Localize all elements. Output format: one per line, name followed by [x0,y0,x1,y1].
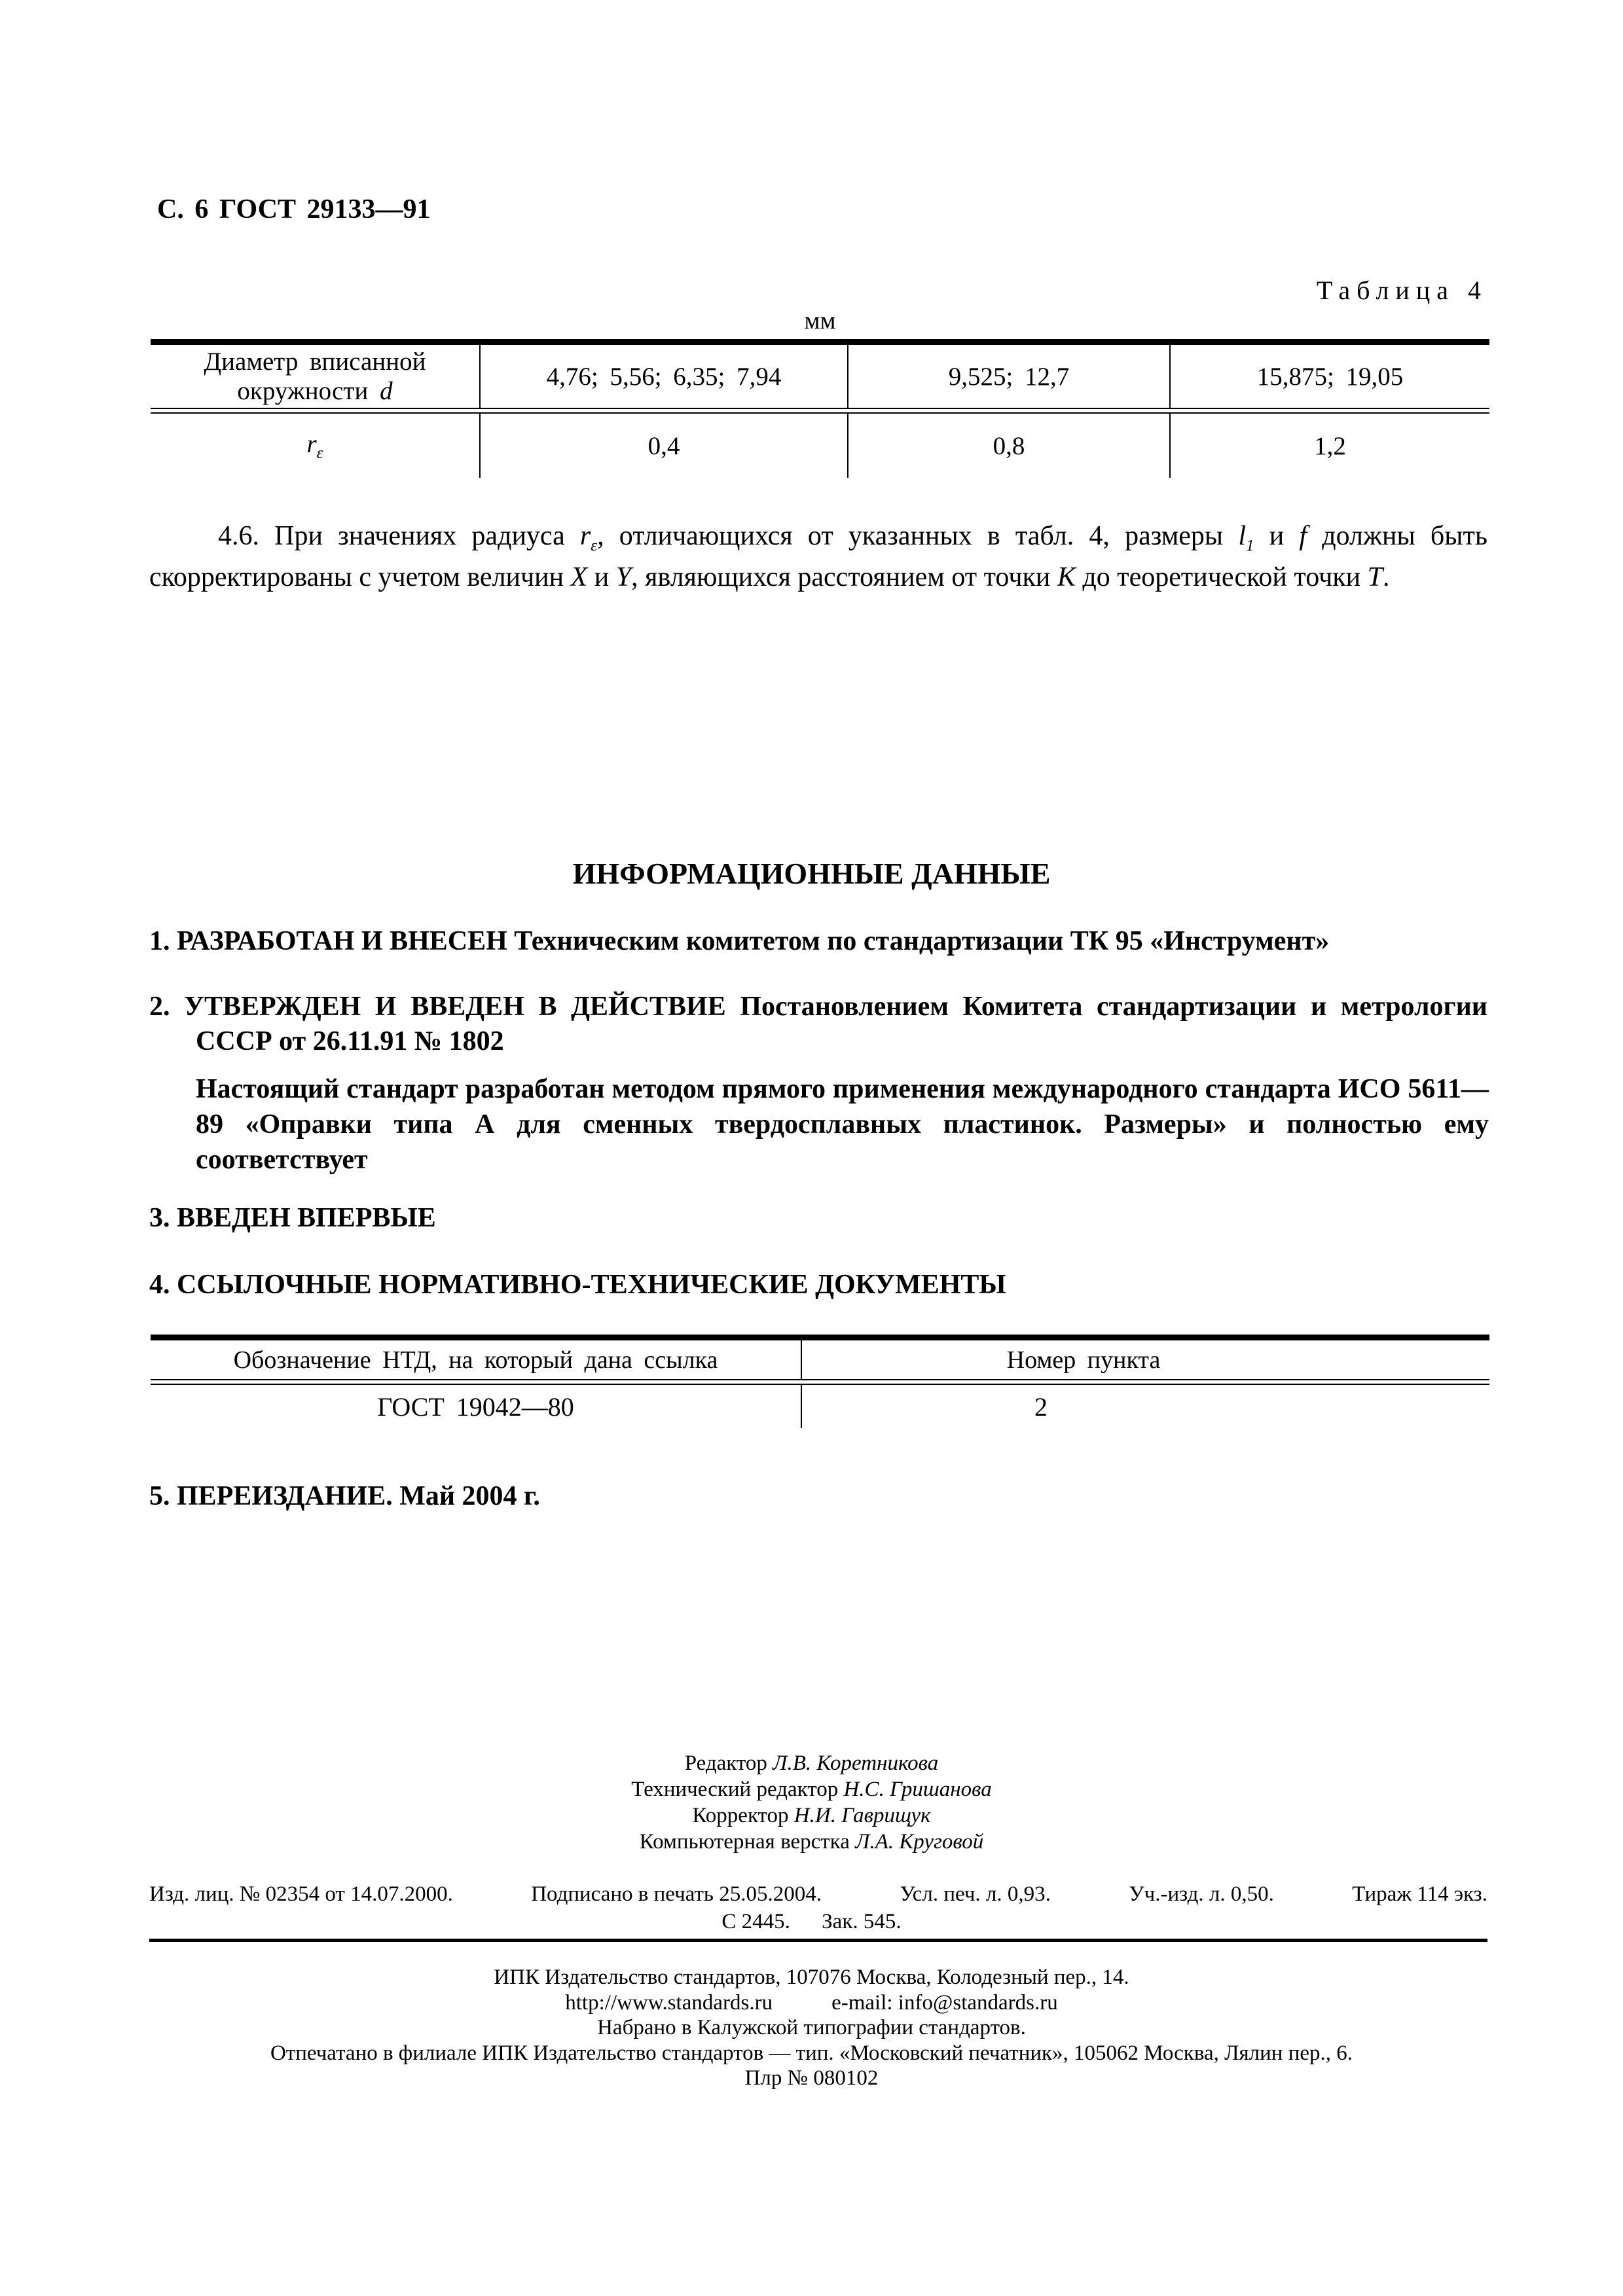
publisher-email: e-mail: info@standards.ru [831,1991,1058,2015]
table4-re-value-1: 0,4 [481,414,848,478]
table4-caption: Таблица 4 [151,275,1487,306]
credits-block: Редактор Л.В. Коретникова Технический ре… [0,1750,1623,1855]
credit-name: Л.В. Коретникова [773,1751,938,1775]
para46-text: 4.6. При значениях радиуса [218,521,580,551]
publisher-address: ИПК Издательство стандартов, 107076 Моск… [0,1965,1623,1990]
para46-text: и [1254,521,1300,551]
credit-role: Корректор [692,1804,788,1827]
symbol-t: T [1368,562,1383,592]
imprint-line-1: Изд. лиц. № 02354 от 14.07.2000. Подписа… [149,1882,1487,1907]
symbol-k: K [1057,562,1076,592]
info-item-2: 2. УТВЕРЖДЕН И ВВЕДЕН В ДЕЙСТВИЕ Постано… [149,990,1487,1059]
imprint-signed-date: Подписано в печать 25.05.2004. [531,1882,822,1907]
table4-header-diameter-line1: Диаметр вписанной [204,347,426,376]
para46-text: . [1383,562,1390,592]
typography-line: Набрано в Калужской типографии стандарто… [0,2015,1623,2041]
table4-diameters-group1: 4,76; 5,56; 6,35; 7,94 [481,345,848,408]
bottom-divider-rule [149,1939,1487,1942]
info-item-2-note: Настоящий стандарт разработан методом пр… [196,1071,1489,1177]
imprint-c-number: С 2445. [721,1910,790,1933]
imprint-printed-sheets: Усл. печ. л. 0,93. [900,1882,1051,1907]
credit-role: Компьютерная верстка [640,1830,850,1854]
reference-table-value-row: ГОСТ 19042—80 2 [151,1385,1489,1428]
table4-symbol-d: d [380,377,393,405]
info-item-1: 1. РАЗРАБОТАН И ВНЕСЕН Техническим комит… [149,924,1487,959]
imprint-license: Изд. лиц. № 02354 от 14.07.2000. [149,1882,453,1907]
table4-re-value-3: 1,2 [1171,414,1489,478]
reference-table-gost-value: ГОСТ 19042—80 [151,1385,802,1428]
reference-table-header-ntd: Обозначение НТД, на который дана ссылка [151,1340,802,1379]
para46-text: , являющихся расстоянием от точки [631,562,1057,592]
para46-text: и [587,562,615,592]
para46-text: , отличающихся от указанных в табл. 4, р… [597,521,1238,551]
printing-house-line: Отпечатано в филиале ИПК Издательство ст… [0,2041,1623,2066]
credit-role: Редактор [685,1751,767,1775]
symbol-r: r [580,521,591,551]
info-section-title: ИНФОРМАЦИОННЫЕ ДАННЫЕ [0,856,1623,891]
publisher-website: http://www.standards.ru [565,1991,773,2015]
credit-layout: Компьютерная верстка Л.А. Круговой [0,1829,1623,1855]
table4-header-diameter-line2: окружности d [237,376,392,406]
table4-double-rule [151,408,1489,414]
credit-technical-editor: Технический редактор Н.С. Гришанова [0,1776,1623,1803]
table4: Диаметр вписанной окружности d 4,76; 5,5… [151,339,1489,478]
table4-header-diameter: Диаметр вписанной окружности d [151,345,481,408]
credit-role: Технический редактор [631,1778,838,1801]
document-page: С. 6 ГОСТ 29133—91 Таблица 4 мм Диаметр … [0,0,1623,2296]
imprint-publisher-sheets: Уч.-изд. л. 0,50. [1129,1882,1274,1907]
publisher-address-block: ИПК Издательство стандартов, 107076 Моск… [0,1965,1623,2091]
table4-header-row: Диаметр вписанной окружности d 4,76; 5,5… [151,345,1489,408]
info-item-4: 4. ССЫЛОЧНЫЕ НОРМАТИВНО-ТЕХНИЧЕСКИЕ ДОКУ… [149,1268,1487,1302]
plr-number: Плр № 080102 [0,2066,1623,2091]
table4-symbol-epsilon: ε [317,444,323,461]
credit-name: Л.А. Круговой [855,1830,983,1854]
symbol-f: f [1299,521,1307,551]
table4-header-diameter-word: окружности [237,377,368,405]
symbol-x: X [571,562,588,592]
publisher-contacts: http://www.standards.rue-mail: info@stan… [0,1990,1623,2016]
reference-table-header-row: Обозначение НТД, на который дана ссылка … [151,1340,1489,1379]
table4-re-label: rε [151,414,481,478]
reference-table: Обозначение НТД, на который дана ссылка … [151,1335,1489,1428]
table4-re-value-2: 0,8 [848,414,1171,478]
credit-name: Н.И. Гаврищук [794,1804,931,1827]
table4-re-symbol: rε [306,429,323,463]
credit-proofreader: Корректор Н.И. Гаврищук [0,1803,1623,1829]
reference-table-header-clause: Номер пункта [802,1340,1489,1379]
table4-diameters-group3: 15,875; 19,05 [1171,345,1489,408]
paragraph-4-6: 4.6. При значениях радиуса rε, отличающи… [149,520,1487,594]
symbol-l: l [1238,521,1246,551]
credit-name: Н.С. Гришанова [843,1778,991,1801]
imprint-print-run: Тираж 114 экз. [1352,1882,1487,1907]
para46-text: до теоретической точки [1076,562,1368,592]
reference-table-double-rule [151,1379,1489,1385]
symbol-l-sub: 1 [1246,537,1254,554]
reference-table-clause-value: 2 [802,1385,1489,1428]
table4-value-row: rε 0,4 0,8 1,2 [151,414,1489,478]
page-header: С. 6 ГОСТ 29133—91 [157,194,431,225]
symbol-y: Y [616,562,631,592]
symbol-epsilon: ε [591,537,597,554]
table4-unit-label: мм [151,306,1489,335]
reference-table-header-clause-text: Номер пункта [1007,1346,1161,1374]
reference-table-clause-number: 2 [1034,1391,1048,1422]
table4-diameters-group2: 9,525; 12,7 [848,345,1171,408]
info-item-3: 3. ВВЕДЕН ВПЕРВЫЕ [149,1201,1487,1236]
info-item-5: 5. ПЕРЕИЗДАНИЕ. Май 2004 г. [149,1479,1487,1514]
table4-symbol-r: r [306,430,316,458]
credit-editor: Редактор Л.В. Коретникова [0,1750,1623,1776]
imprint-order-number: Зак. 545. [822,1910,901,1933]
imprint-line-2: С 2445. Зак. 545. [0,1910,1623,1934]
